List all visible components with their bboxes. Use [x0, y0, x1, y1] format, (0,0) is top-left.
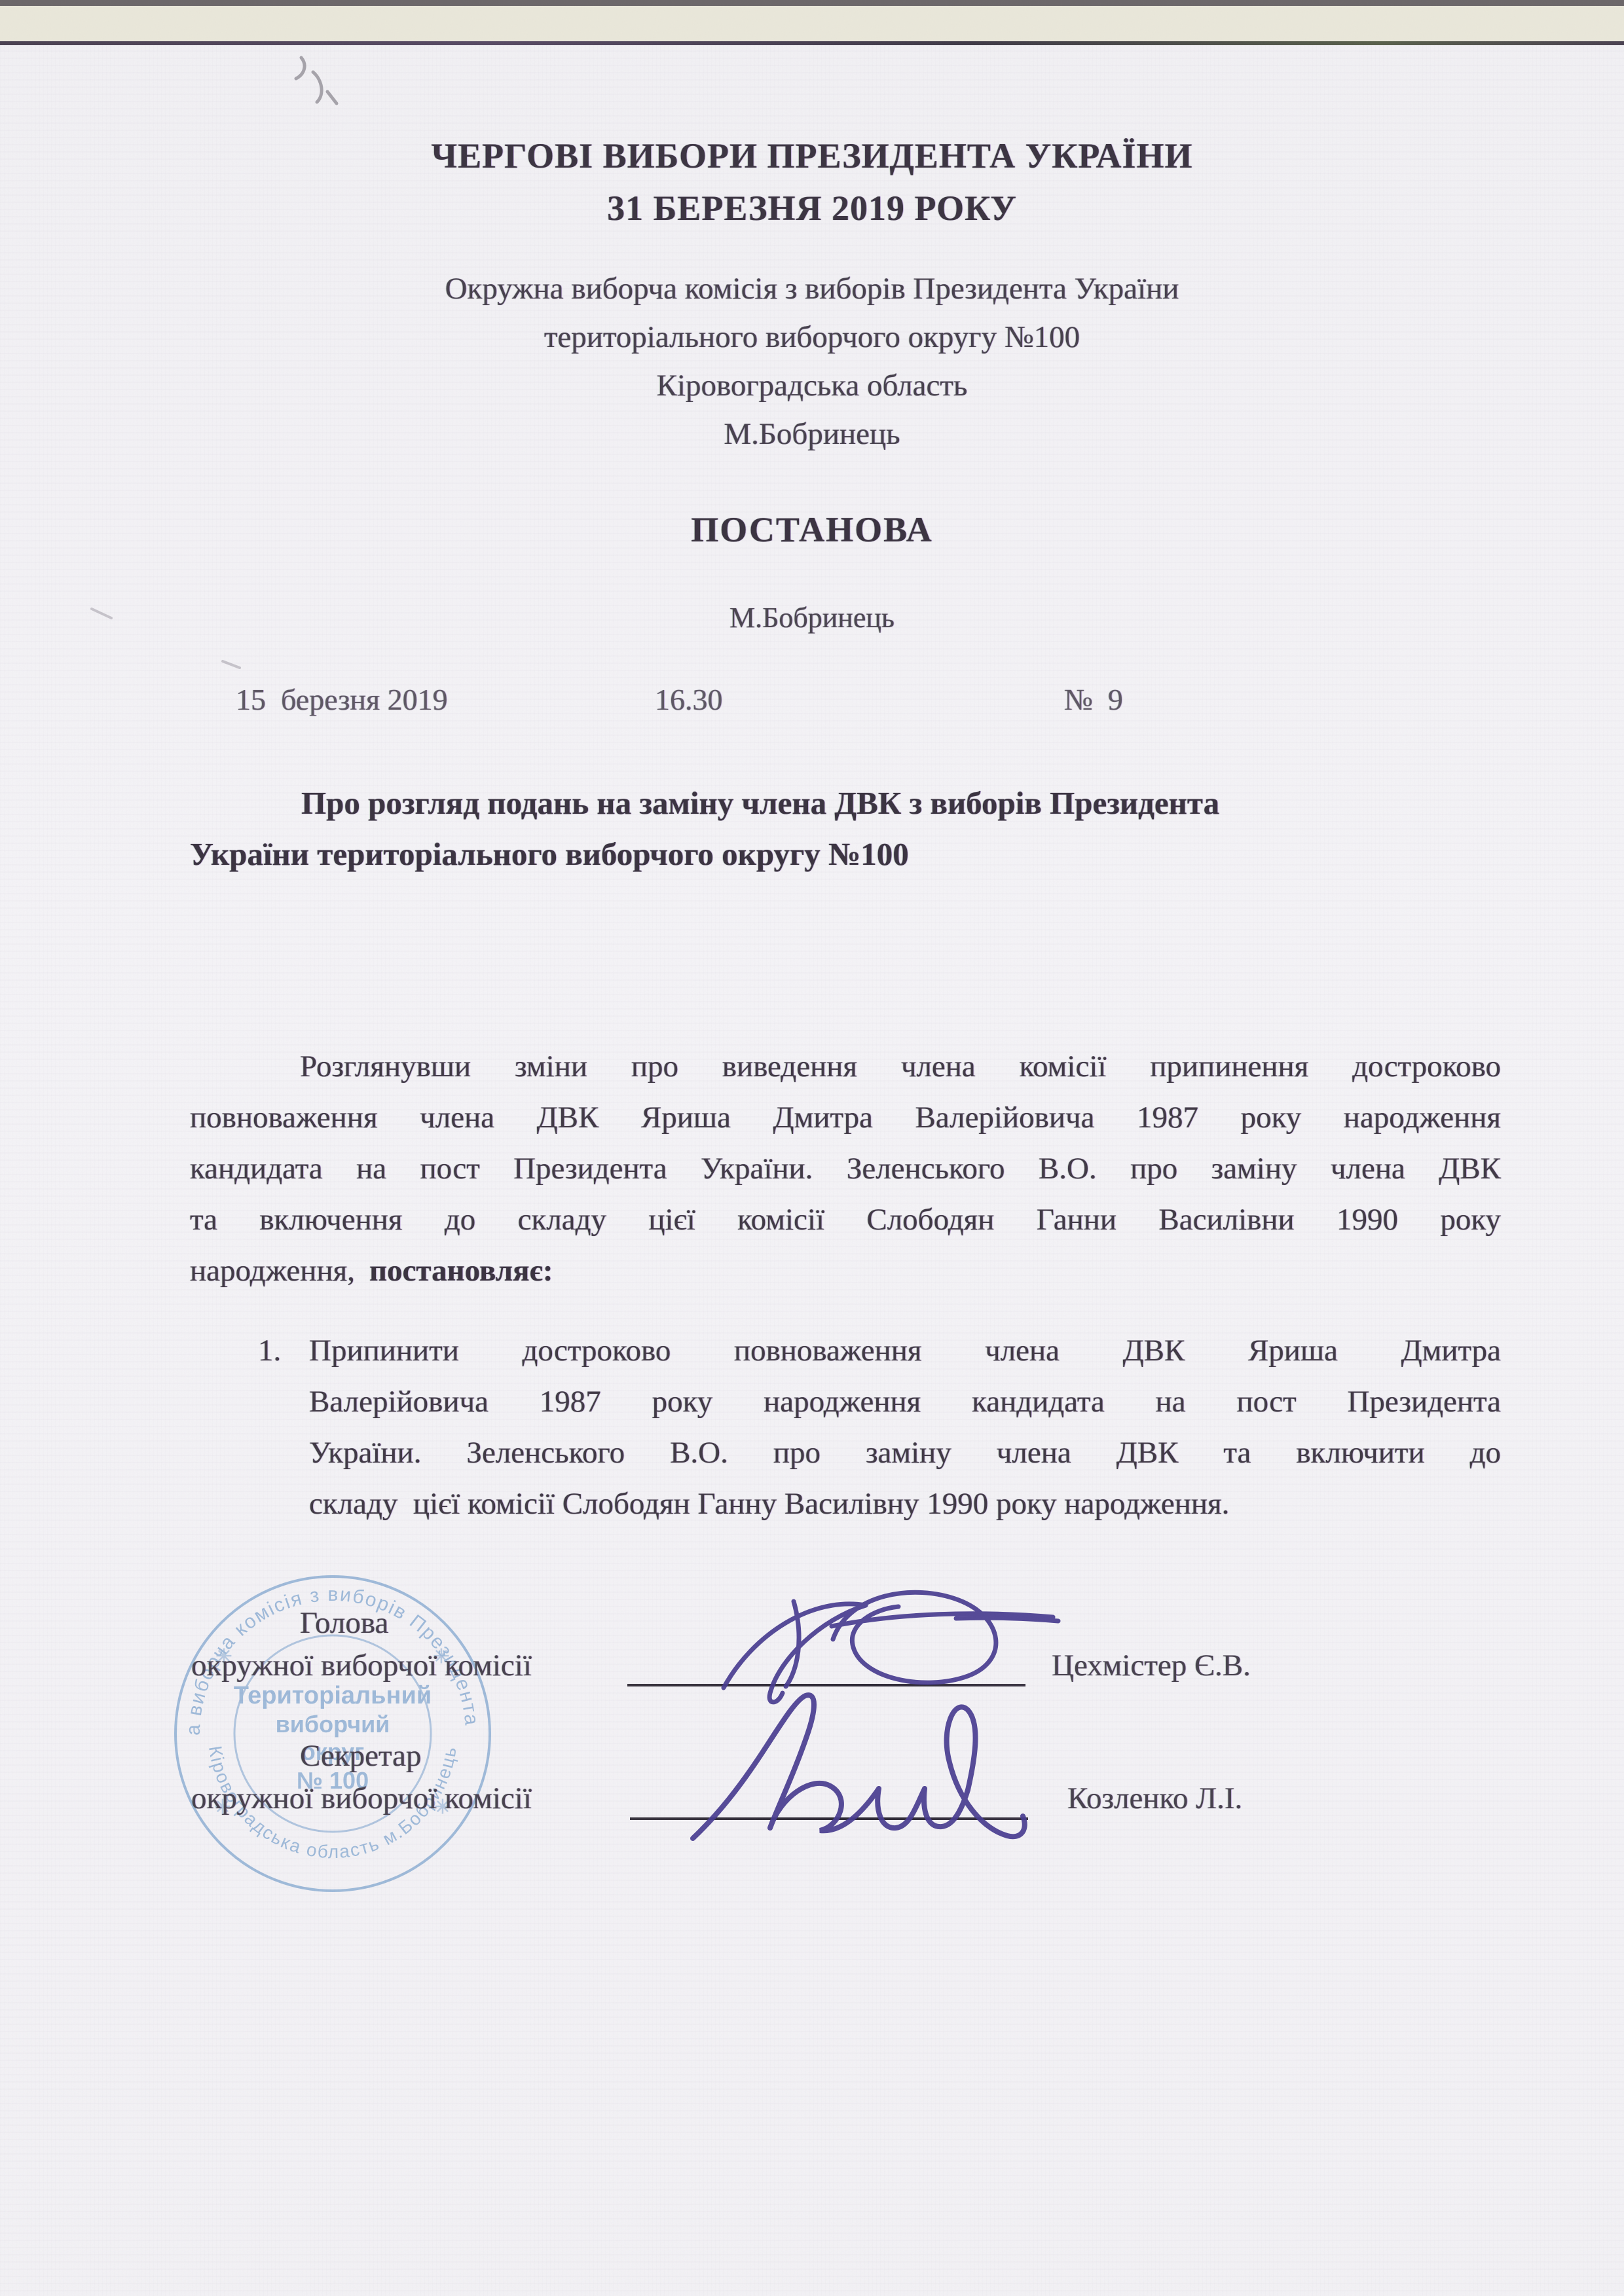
scanned-document-page: ЧЕРГОВІ ВИБОРИ ПРЕЗИДЕНТА УКРАЇНИ 31 БЕР…	[0, 0, 1624, 2296]
document-number: № 9	[1064, 682, 1123, 717]
item-line: складу цієї комісії Слободян Ганну Васил…	[309, 1478, 1501, 1529]
chairman-role-line-2: окружної виборчої комісії	[191, 1648, 532, 1683]
chairman-signature-line	[627, 1684, 1025, 1686]
preamble-line: повноваження члена ДВК Яриша Дмитра Вале…	[190, 1092, 1501, 1143]
pencil-mark	[262, 46, 432, 131]
subject-line-1: Про розгляд подань на заміну члена ДВК з…	[190, 778, 1506, 829]
item-line: України. Зеленського В.О. про заміну чле…	[309, 1427, 1501, 1478]
preamble-last-line: народження,постановляє:	[190, 1245, 1501, 1296]
preamble-line: кандидата на пост Президента України. Зе…	[190, 1143, 1501, 1194]
document-title: ЧЕРГОВІ ВИБОРИ ПРЕЗИДЕНТА УКРАЇНИ 31 БЕР…	[0, 130, 1624, 234]
secretary-signature	[668, 1676, 1048, 1853]
secretary-role-line-2: окружної виборчої комісії	[191, 1781, 532, 1816]
item-number: 1.	[258, 1325, 281, 1376]
preamble-line: Розглянувши зміни про виведення члена ко…	[190, 1041, 1501, 1092]
preamble-last-regular: народження,	[190, 1254, 355, 1288]
document-time: 16.30	[655, 682, 723, 717]
secretary-signature-line	[630, 1817, 1028, 1820]
org-line-1: Окружна виборча комісія з виборів Презид…	[0, 264, 1624, 313]
document-place: М.Бобринець	[0, 601, 1624, 634]
org-city: М.Бобринець	[0, 410, 1624, 458]
meta-row: 15 березня 2019 16.30 № 9	[0, 682, 1624, 721]
resolution-item-1: 1. Припинити достроково повноваження чле…	[309, 1325, 1501, 1529]
scan-top-rule	[0, 41, 1624, 45]
subject-heading: Про розгляд подань на заміну члена ДВК з…	[190, 778, 1506, 880]
stamp-center-line-2: виборчий	[276, 1711, 390, 1738]
resolves-keyword: постановляє:	[369, 1254, 553, 1288]
chairman-signature	[681, 1571, 1061, 1722]
subject-line-2: України територіального виборчого округу…	[190, 829, 1506, 880]
preamble-paragraph: Розглянувши зміни про виведення члена ко…	[190, 1041, 1501, 1296]
issuing-authority: Окружна виборча комісія з виборів Презид…	[0, 264, 1624, 458]
secretary-role-line-1: Секретар	[300, 1738, 421, 1774]
document-kind: ПОСТАНОВА	[0, 509, 1624, 550]
stamp-center-line-1: Територіальний	[234, 1682, 432, 1709]
scan-top-band	[0, 6, 1624, 41]
org-line-2: територіального виборчого округу №100	[0, 313, 1624, 361]
title-line-1: ЧЕРГОВІ ВИБОРИ ПРЕЗИДЕНТА УКРАЇНИ	[0, 130, 1624, 182]
scan-top-edge	[0, 0, 1624, 6]
document-date: 15 березня 2019	[236, 682, 448, 717]
chairman-role-line-1: Голова	[300, 1605, 388, 1641]
item-line: Валерійовича 1987 року народження кандид…	[309, 1376, 1501, 1427]
title-line-2: 31 БЕРЕЗНЯ 2019 РОКУ	[0, 182, 1624, 234]
secretary-name: Козленко Л.І.	[1067, 1781, 1242, 1816]
org-region: Кіровоградська область	[0, 361, 1624, 410]
item-line: Припинити достроково повноваження члена …	[309, 1325, 1501, 1376]
chairman-name: Цехмістер Є.В.	[1052, 1648, 1251, 1683]
preamble-line: та включення до складу цієї комісії Слоб…	[190, 1194, 1501, 1245]
